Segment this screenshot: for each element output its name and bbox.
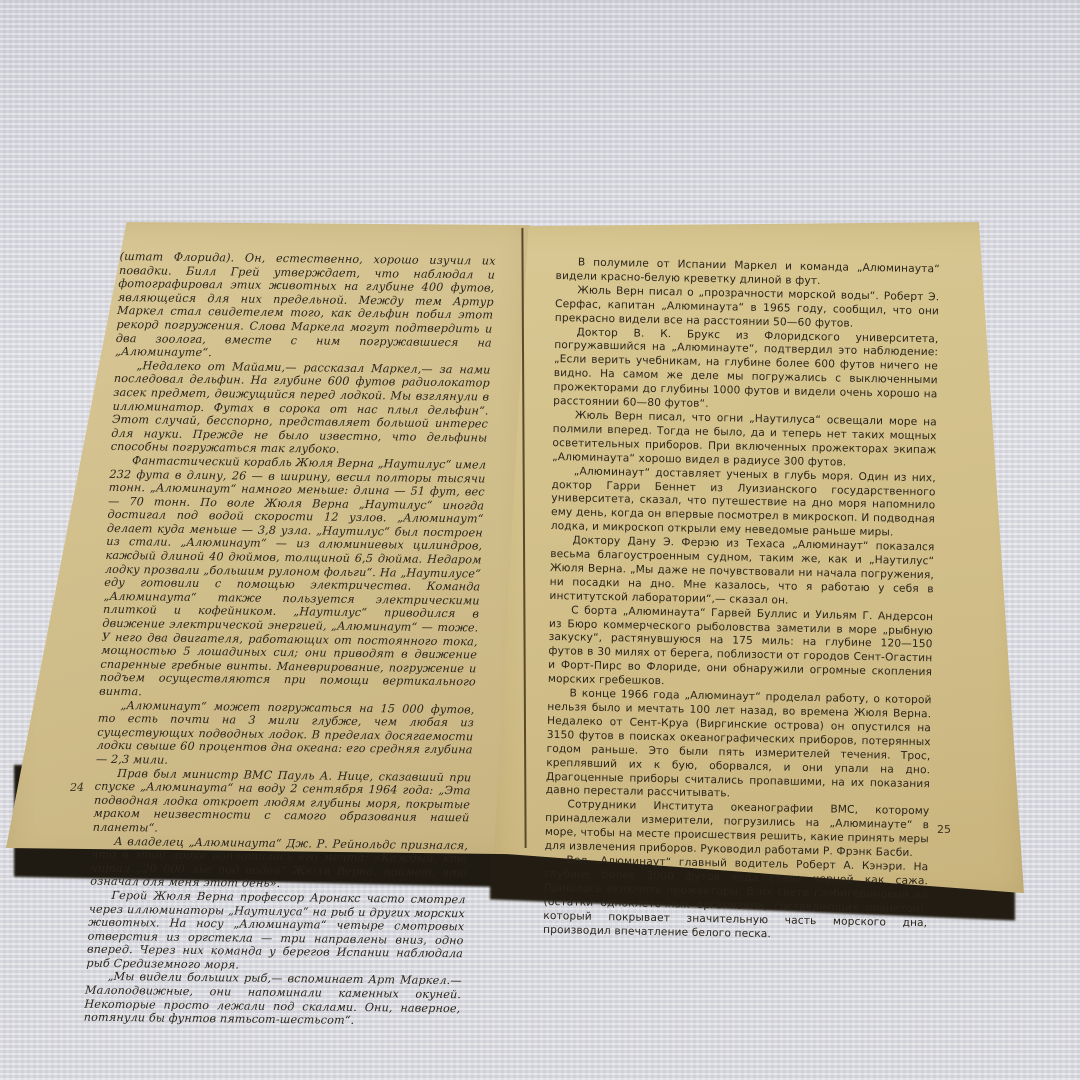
right-page-text: В полумиле от Испании Маркел и команда „… xyxy=(543,256,940,945)
page-number-left: 24 xyxy=(70,781,84,794)
paragraph: Герой Жюля Верна профессор Аронакс часто… xyxy=(86,889,466,975)
paragraph: Прав был министр ВМС Пауль А. Нице, сказ… xyxy=(92,766,471,839)
paragraph: „Алюминаут“ может погружаться на 15 000 … xyxy=(96,698,475,771)
paragraph: Вел „Алюминаут“ главный водитель Роберт … xyxy=(543,854,929,945)
page-number-right: 25 xyxy=(937,823,951,836)
paragraph: Жюль Верн писал о „прозрачности морской … xyxy=(555,284,940,333)
paragraph: „Мы видели больших рыб,— вспоминает Арт … xyxy=(83,970,462,1029)
paragraph: А владелец „Алюминаута“ Дж. Р. Рейнольдс… xyxy=(90,834,469,893)
paragraph: (штат Флорида). Он, естественно, хорошо … xyxy=(115,250,496,363)
paragraph: „Недалеко от Майами,— рассказал Маркел,—… xyxy=(110,359,490,459)
paragraph: В конце 1966 года „Алюминаут“ проделал р… xyxy=(546,687,932,806)
left-page-text: (штат Флорида). Он, естественно, хорошо … xyxy=(83,250,495,1029)
paragraph: Жюль Верн писал, что огни „Наутилуса“ ос… xyxy=(552,409,937,472)
paragraph: Доктор В. К. Брукс из Флоридского универ… xyxy=(553,326,939,417)
paragraph: С борта „Алюминаута“ Гарвей Буллис и Уил… xyxy=(548,604,934,695)
paragraph: „Алюминаут“ доставляет ученых в глубь мо… xyxy=(551,465,936,542)
paragraph: Фантастический корабль Жюля Верна „Наути… xyxy=(99,454,487,703)
paragraph: Сотрудники Института океанографии ВМС, к… xyxy=(545,798,930,861)
paragraph: Доктору Дану Э. Ферэю из Техаса „Алюмина… xyxy=(549,534,934,611)
